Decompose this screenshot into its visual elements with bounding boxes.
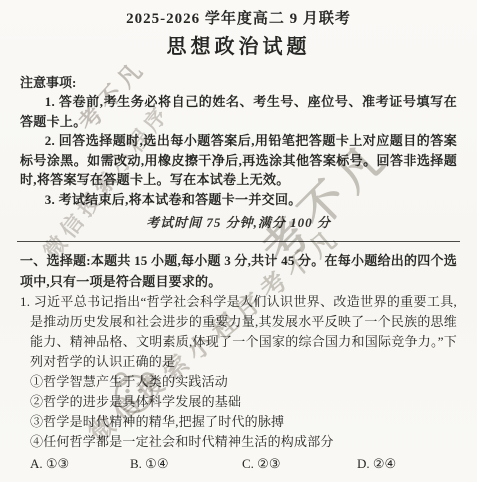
question-1-statement-2: ②哲学的进步是具体科学发展的基础 xyxy=(30,392,457,412)
notice-heading: 注意事项: xyxy=(20,74,457,92)
notice-item-1: 1. 答卷前,考生务必将自己的姓名、考生号、座位号、准考证号填写在答题卡上。 xyxy=(20,92,457,131)
option-a: A. ①③ xyxy=(30,454,69,474)
option-b: B. ①④ xyxy=(130,454,168,474)
question-1-statement-3: ③哲学是时代精神的精华,把握了时代的脉搏 xyxy=(30,412,457,432)
notice-item-3: 3. 考试结束后,将本试卷和答题卡一并交回。 xyxy=(20,190,457,210)
page-content: 2025-2026 学年度高二 9 月联考 思想政治试题 注意事项: 1. 答卷… xyxy=(0,0,477,482)
exam-paper-page: 考不凡 微信搜索小程序 考不凡 微信搜索小程序考不凡 2025-2026 学年度… xyxy=(0,0,477,482)
question-1-statement-1: ①哲学智慧产生于人类的实践活动 xyxy=(30,372,457,392)
option-d: D. ②④ xyxy=(357,454,396,474)
question-1-stem: 1. 习近平总书记指出“哲学社会科学是人们认识世界、改造世界的重要工具,是推动历… xyxy=(20,292,457,372)
section-divider xyxy=(17,241,460,242)
notice-item-2: 2. 回答选择题时,选出每小题答案后,用铅笔把答题卡上对应题目的答案标号涂黑。如… xyxy=(20,131,457,190)
exam-time-score-line: 考试时间 75 分钟,满分 100 分 xyxy=(20,214,457,232)
exam-session-title: 2025-2026 学年度高二 9 月联考 xyxy=(20,9,457,29)
question-1-statement-4: ④任何哲学都是一定社会和时代精神生活的构成部分 xyxy=(30,432,457,452)
exam-subject-title: 思想政治试题 xyxy=(20,34,457,60)
section-one-heading: 一、选择题:本题共 15 小题,每小题 3 分,共计 45 分。在每小题给出的四… xyxy=(20,250,457,292)
option-c: C. ②③ xyxy=(242,454,280,474)
question-1-options-row: A. ①③ B. ①④ C. ②③ D. ②④ xyxy=(20,454,457,474)
